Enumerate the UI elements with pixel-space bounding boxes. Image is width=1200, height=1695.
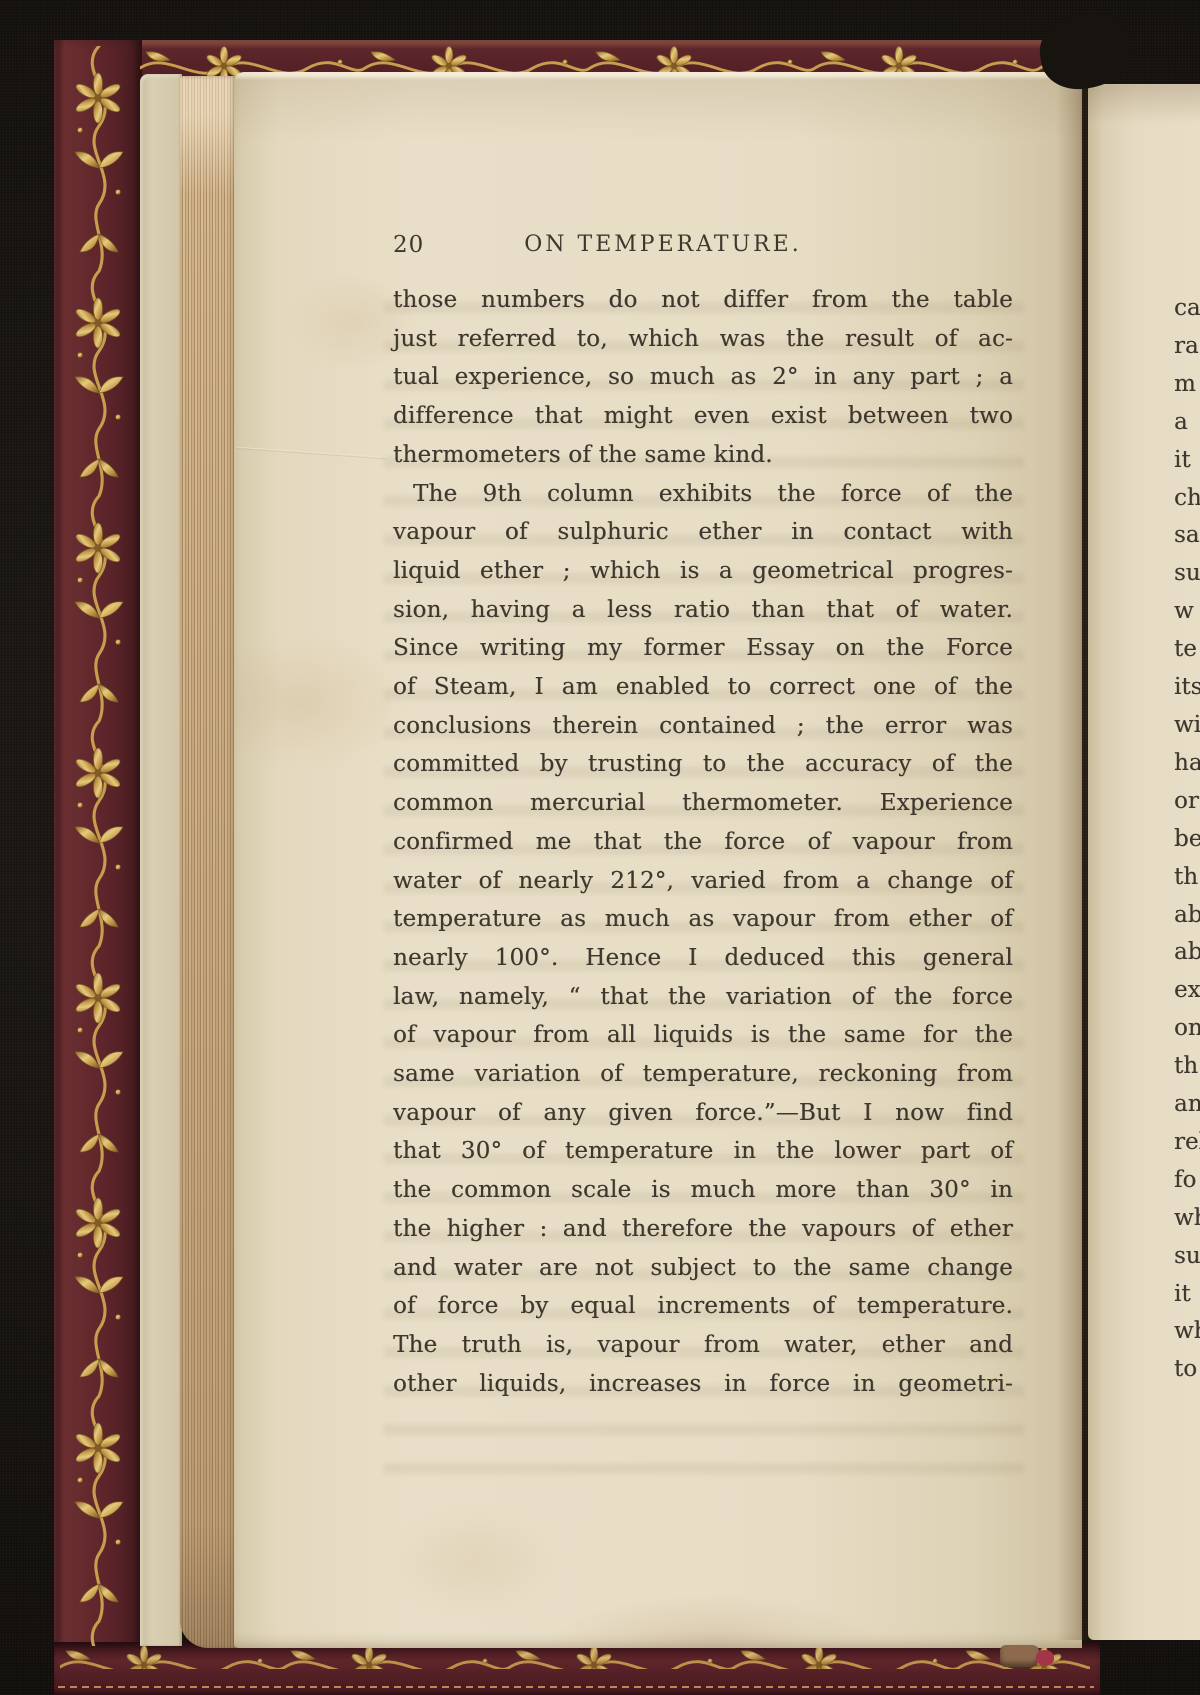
text-fragment: rel: [1174, 1124, 1200, 1162]
text-line: of vapour from all liquids is the same f…: [393, 1016, 1013, 1055]
text-fragment: th: [1174, 1048, 1200, 1086]
text-line: temperature as much as vapour from ether…: [393, 900, 1013, 939]
endpaper: [140, 74, 182, 1646]
book-photo: 20 ON TEMPERATURE. those numbers do not …: [0, 0, 1200, 1695]
text-fragment: su: [1174, 555, 1200, 593]
right-page-fragments: caramaitchsasuwteitswihaorbethababexonth…: [1174, 290, 1200, 1389]
gilt-floral-border-bottom-ornament: [60, 1645, 1090, 1669]
text-fragment: te: [1174, 631, 1200, 669]
text-fragment: fo: [1174, 1162, 1200, 1200]
text-line: tual experience, so much as 2° in any pa…: [393, 358, 1013, 397]
text-line: the common scale is much more than 30° i…: [393, 1171, 1013, 1210]
text-line: committed by trusting to the accuracy of…: [393, 745, 1013, 784]
text-fragment: m: [1174, 366, 1200, 404]
text-line: that 30° of temperature in the lower par…: [393, 1132, 1013, 1171]
text-fragment: wh: [1174, 1200, 1200, 1238]
text-line: nearly 100°. Hence I deduced this genera…: [393, 939, 1013, 978]
text-line: vapour of any given force.”—But I now fi…: [393, 1094, 1013, 1133]
text-fragment: th: [1174, 859, 1200, 897]
text-line: confirmed me that the force of vapour fr…: [393, 823, 1013, 862]
text-line: conclusions therein contained ; the erro…: [393, 707, 1013, 746]
text-line: thermometers of the same kind.: [393, 436, 1013, 475]
text-line: just referred to, which was the result o…: [393, 320, 1013, 359]
text-fragment: ex: [1174, 972, 1200, 1010]
text-line: the higher : and therefore the vapours o…: [393, 1210, 1013, 1249]
text-fragment: to: [1174, 1351, 1200, 1389]
endband-tab: [1000, 1645, 1040, 1667]
text-fragment: it: [1174, 442, 1200, 480]
body-text: those numbers do not differ from the tab…: [393, 281, 1013, 1403]
gilt-bottom-edge-line: [58, 1686, 1094, 1688]
text-fragment: ca: [1174, 290, 1200, 328]
text-fragment: it: [1174, 1276, 1200, 1314]
text-line: of force by equal increments of temperat…: [393, 1287, 1013, 1326]
text-line: common mercurial thermometer. Experience: [393, 784, 1013, 823]
text-line: sion, having a less ratio than that of w…: [393, 591, 1013, 630]
text-fragment: wh: [1174, 1313, 1200, 1351]
page-crease: [236, 447, 386, 459]
text-line: difference that might even exist between…: [393, 397, 1013, 436]
page-header: 20 ON TEMPERATURE.: [234, 230, 1082, 264]
text-fragment: ab: [1174, 897, 1200, 935]
text-line: of Steam, I am enabled to correct one of…: [393, 668, 1013, 707]
running-title: ON TEMPERATURE.: [393, 232, 1013, 257]
text-fragment: sa: [1174, 517, 1200, 555]
text-line: The truth is, vapour from water, ether a…: [393, 1326, 1013, 1365]
text-fragment: ch: [1174, 480, 1200, 518]
text-line: vapour of sulphuric ether in contact wit…: [393, 513, 1013, 552]
text-line: Since writing my former Essay on the For…: [393, 629, 1013, 668]
text-line: water of nearly 212°, varied from a chan…: [393, 862, 1013, 901]
text-fragment: ab: [1174, 934, 1200, 972]
text-line: same variation of temperature, reckoning…: [393, 1055, 1013, 1094]
text-line: law, namely, “ that the variation of the…: [393, 978, 1013, 1017]
gilt-floral-border-left-ornament: [58, 46, 138, 1646]
text-fragment: w: [1174, 593, 1200, 631]
text-line: other liquids, increases in force in geo…: [393, 1365, 1013, 1404]
left-page: 20 ON TEMPERATURE. those numbers do not …: [234, 72, 1082, 1648]
text-fragment: an: [1174, 1086, 1200, 1124]
page-fore-edge-stack: [180, 76, 236, 1648]
text-line: and water are not subject to the same ch…: [393, 1249, 1013, 1288]
text-fragment: its: [1174, 669, 1200, 707]
text-fragment: su: [1174, 1238, 1200, 1276]
text-fragment: a: [1174, 404, 1200, 442]
text-fragment: ha: [1174, 745, 1200, 783]
right-page-edge: caramaitchsasuwteitswihaorbethababexonth…: [1088, 84, 1200, 1640]
text-fragment: be: [1174, 821, 1200, 859]
text-fragment: wi: [1174, 707, 1200, 745]
text-fragment: on: [1174, 1010, 1200, 1048]
text-fragment: ra: [1174, 328, 1200, 366]
text-fragment: or: [1174, 783, 1200, 821]
text-line: liquid ether ; which is a geometrical pr…: [393, 552, 1013, 591]
endband-red-thread: [1036, 1650, 1054, 1665]
text-line: The 9th column exhibits the force of the: [393, 475, 1013, 514]
text-line: those numbers do not differ from the tab…: [393, 281, 1013, 320]
